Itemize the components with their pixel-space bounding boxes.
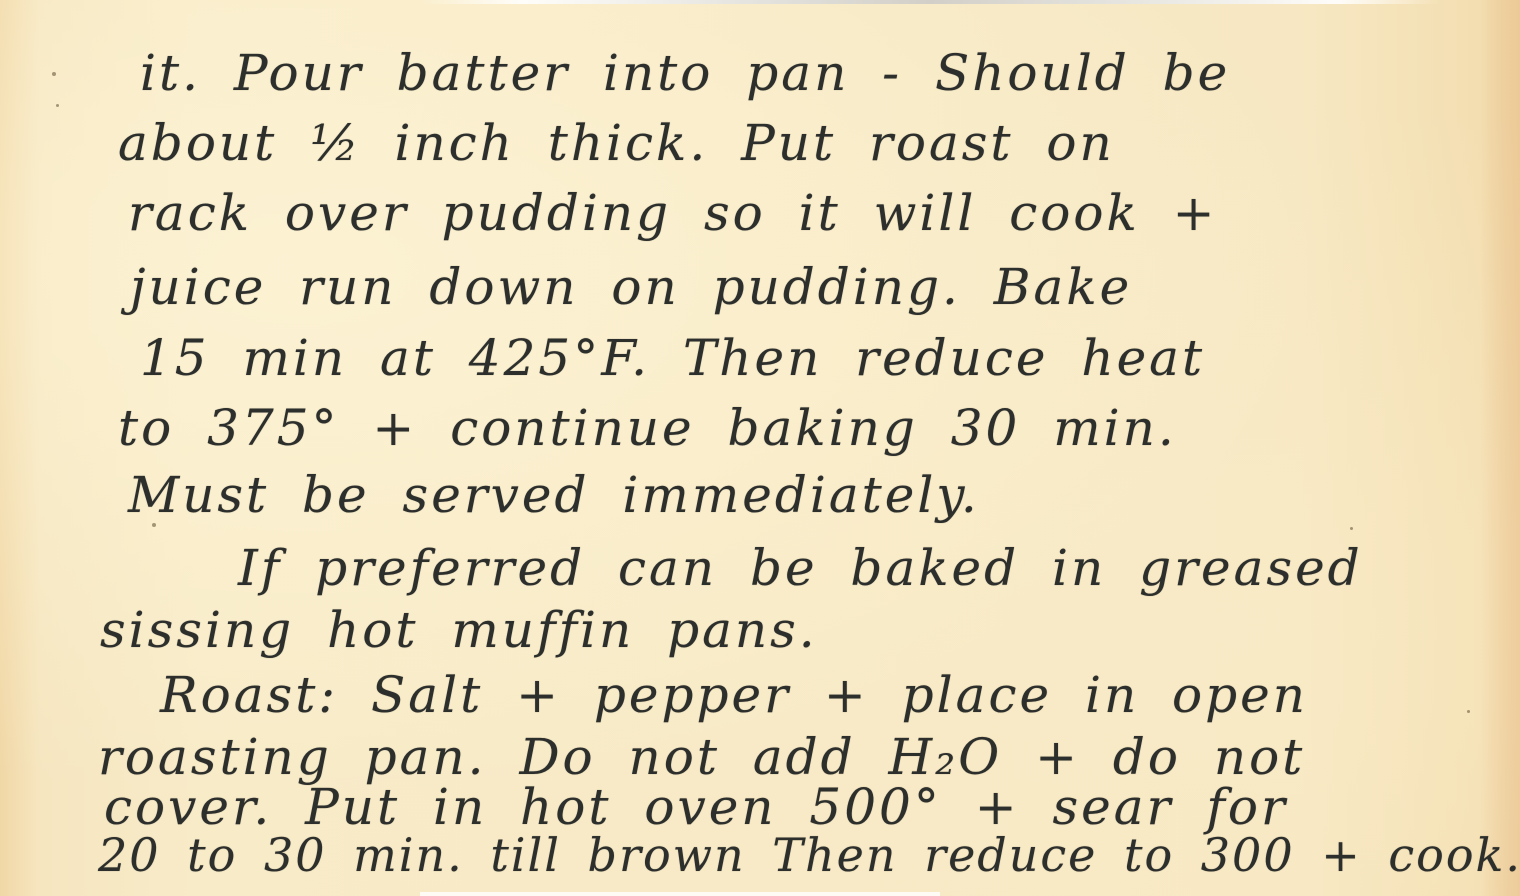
handwritten-text: it. Pour batter into pan - Should be abo… <box>0 0 1520 896</box>
text-line-3: rack over pudding so it will cook + <box>128 188 1218 238</box>
text-line-11: roasting pan. Do not add H₂O + do not <box>98 732 1305 782</box>
text-line-4: juice run down on pudding. Bake <box>130 262 1132 312</box>
text-line-1: it. Pour batter into pan - Should be <box>140 48 1230 98</box>
text-line-8: If preferred can be baked in greased <box>238 543 1363 593</box>
text-line-5: 15 min at 425°F. Then reduce heat <box>140 333 1205 383</box>
text-line-13: 20 to 30 min. till brown Then reduce to … <box>98 832 1520 878</box>
recipe-card: it. Pour batter into pan - Should be abo… <box>0 0 1520 896</box>
text-line-2: about ½ inch thick. Put roast on <box>118 118 1115 168</box>
text-line-12: cover. Put in hot oven 500° + sear for <box>104 782 1288 832</box>
text-line-7: Must be served immediately. <box>128 470 980 520</box>
text-line-6: to 375° + continue baking 30 min. <box>118 403 1177 453</box>
text-line-10: Roast: Salt + pepper + place in open <box>160 670 1308 720</box>
text-line-9: sissing hot muffin pans. <box>100 605 818 655</box>
